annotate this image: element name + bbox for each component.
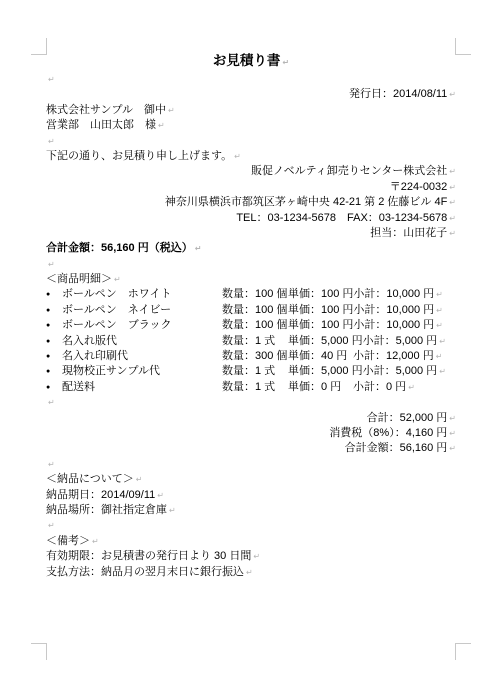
- item-name: 名入れ版代: [62, 334, 222, 349]
- blank-line: ↵: [46, 395, 456, 410]
- paragraph-mark-icon: ↵: [92, 537, 99, 546]
- issuer-postal-code: 〒224-0032: [390, 181, 448, 193]
- paragraph-mark-icon: ↵: [449, 183, 456, 192]
- text-boundary-mark-bottom-right: [455, 643, 471, 660]
- recipient-person: 営業部 山田太郎 様: [46, 119, 156, 131]
- item-unit-price: 単価：5,000 円: [288, 364, 363, 379]
- blank-line: ↵: [46, 257, 456, 272]
- paragraph-mark-icon: ↵: [282, 58, 289, 67]
- paragraph-mark-icon: ↵: [246, 568, 253, 577]
- paragraph-mark-icon: ↵: [253, 552, 260, 561]
- item-qty: 数量：100 個: [222, 318, 288, 333]
- item-name: 現物校正サンプル代: [62, 364, 222, 379]
- paragraph-mark-icon: ↵: [168, 106, 175, 115]
- items-heading: ＜商品明細＞: [46, 273, 112, 285]
- notes-validity: 有効期限：お見積書の発行日より 30 日間: [46, 550, 251, 562]
- paragraph-mark-icon: ↵: [439, 364, 446, 379]
- recipient-company-line: 株式会社サンプル 御中↵: [46, 103, 456, 118]
- document-page: お見積り書↵ ↵ 発行日：2014/08/11↵ 株式会社サンプル 御中↵ 営業…: [0, 0, 500, 700]
- paragraph-mark-icon: ↵: [449, 167, 456, 176]
- paragraph-mark-icon: ↵: [436, 303, 443, 318]
- item-subtotal: 小計：5,000 円: [363, 334, 438, 349]
- paragraph-mark-icon: ↵: [436, 318, 443, 333]
- issue-date-line: 発行日：2014/08/11↵: [46, 87, 456, 102]
- text-boundary-mark-top-left: [31, 38, 47, 55]
- bullet-icon: ●: [46, 349, 62, 364]
- totals-subtotal: 合計：52,000 円: [367, 412, 448, 424]
- item-name: ボールペン ホワイト: [62, 287, 222, 302]
- item-row: ●ボールペン ブラック数量：100 個単価：100 円小計：10,000 円↵: [46, 318, 456, 333]
- paragraph-mark-icon: ↵: [48, 521, 55, 530]
- bullet-icon: ●: [46, 287, 62, 302]
- item-unit-price: 単価：100 円: [288, 303, 353, 318]
- item-subtotal: 小計：0 円: [353, 380, 406, 395]
- item-subtotal: 小計：10,000 円: [353, 303, 434, 318]
- paragraph-mark-icon: ↵: [449, 214, 456, 223]
- item-name: 名入れ印刷代: [62, 349, 222, 364]
- item-name: 配送料: [62, 380, 222, 395]
- item-row: ●名入れ版代数量：1 式単価：5,000 円小計：5,000 円↵: [46, 334, 456, 349]
- item-subtotal: 小計：12,000 円: [353, 349, 434, 364]
- paragraph-mark-icon: ↵: [439, 334, 446, 349]
- item-row: ●ボールペン ネイビー数量：100 個単価：100 円小計：10,000 円↵: [46, 303, 456, 318]
- paragraph-mark-icon: ↵: [136, 475, 143, 484]
- item-name: ボールペン ネイビー: [62, 303, 222, 318]
- paragraph-mark-icon: ↵: [449, 229, 456, 238]
- issuer-tel-fax: TEL：03-1234-5678 FAX：03-1234-5678: [236, 212, 447, 224]
- notes-payment: 支払方法：納品月の翌月末日に銀行振込: [46, 566, 244, 578]
- blank-line: ↵: [46, 518, 456, 533]
- delivery-place-line: 納品場所：御社指定倉庫↵: [46, 503, 456, 518]
- delivery-due: 納品期日：2014/09/11: [46, 489, 155, 501]
- item-qty: 数量：100 個: [222, 303, 288, 318]
- totals-tax-line: 消費税（8%）：4,160 円↵: [46, 426, 456, 441]
- page-title: お見積り書: [213, 53, 281, 68]
- paragraph-mark-icon: ↵: [449, 198, 456, 207]
- issuer-address: 神奈川県横浜市都筑区茅ヶ崎中央 42-21 第 2 佐藤ビル 4F: [165, 196, 447, 208]
- paragraph-mark-icon: ↵: [48, 398, 55, 407]
- recipient-person-line: 営業部 山田太郎 様↵: [46, 118, 456, 133]
- notes-validity-line: 有効期限：お見積書の発行日より 30 日間↵: [46, 549, 456, 564]
- notes-heading-line: ＜備考＞↵: [46, 534, 456, 549]
- notes-payment-line: 支払方法：納品月の翌月末日に銀行振込↵: [46, 565, 456, 580]
- paragraph-mark-icon: ↵: [408, 380, 415, 395]
- items-heading-line: ＜商品明細＞↵: [46, 272, 456, 287]
- document-title-line: お見積り書↵: [46, 52, 456, 72]
- item-row: ●ボールペン ホワイト数量：100 個単価：100 円小計：10,000 円↵: [46, 287, 456, 302]
- paragraph-mark-icon: ↵: [169, 506, 176, 515]
- paragraph-mark-icon: ↵: [158, 121, 165, 130]
- issuer-contact: 担当：山田花子: [370, 227, 447, 239]
- notes-heading: ＜備考＞: [46, 535, 90, 547]
- item-unit-price: 単価：5,000 円: [288, 334, 363, 349]
- item-qty: 数量：1 式: [222, 334, 288, 349]
- paragraph-mark-icon: ↵: [449, 90, 456, 99]
- paragraph-mark-icon: ↵: [48, 75, 55, 84]
- issuer-postal-line: 〒224-0032↵: [46, 180, 456, 195]
- totals-tax: 消費税（8%）：4,160 円: [329, 427, 447, 439]
- paragraph-mark-icon: ↵: [436, 287, 443, 302]
- text-boundary-mark-bottom-left: [31, 643, 47, 660]
- paragraph-mark-icon: ↵: [48, 460, 55, 469]
- item-unit-price: 単価：0 円: [288, 380, 353, 395]
- item-row: ●名入れ印刷代数量：300 個単価：40 円小計：12,000 円↵: [46, 349, 456, 364]
- blank-line: ↵: [46, 72, 456, 87]
- total-headline: 合計金額：56,160 円（税込）: [46, 242, 193, 254]
- bullet-icon: ●: [46, 318, 62, 333]
- issuer-telfax-line: TEL：03-1234-5678 FAX：03-1234-5678↵: [46, 211, 456, 226]
- delivery-due-line: 納品期日：2014/09/11↵: [46, 488, 456, 503]
- paragraph-mark-icon: ↵: [234, 152, 241, 161]
- bullet-icon: ●: [46, 303, 62, 318]
- issue-date: 発行日：2014/08/11: [349, 88, 447, 100]
- blank-line: ↵: [46, 134, 456, 149]
- bullet-icon: ●: [46, 334, 62, 349]
- issuer-address-line: 神奈川県横浜市都筑区茅ヶ崎中央 42-21 第 2 佐藤ビル 4F↵: [46, 195, 456, 210]
- item-unit-price: 単価：100 円: [288, 318, 353, 333]
- item-unit-price: 単価：40 円: [288, 349, 353, 364]
- totals-grand-total-line: 合計金額：56,160 円↵: [46, 441, 456, 456]
- recipient-company: 株式会社サンプル 御中: [46, 104, 166, 116]
- paragraph-mark-icon: ↵: [48, 260, 55, 269]
- item-subtotal: 小計：10,000 円: [353, 287, 434, 302]
- item-qty: 数量：1 式: [222, 380, 288, 395]
- paragraph-mark-icon: ↵: [449, 429, 456, 438]
- delivery-place: 納品場所：御社指定倉庫: [46, 504, 167, 516]
- delivery-heading: ＜納品について＞: [46, 473, 134, 485]
- issuer-company: 販促ノベルティ卸売りセンター株式会社: [251, 165, 447, 177]
- item-qty: 数量：1 式: [222, 364, 288, 379]
- bullet-icon: ●: [46, 380, 62, 395]
- delivery-heading-line: ＜納品について＞↵: [46, 472, 456, 487]
- item-qty: 数量：100 個: [222, 287, 288, 302]
- issuer-company-line: 販促ノベルティ卸売りセンター株式会社↵: [46, 164, 456, 179]
- item-subtotal: 小計：10,000 円: [353, 318, 434, 333]
- item-qty: 数量：300 個: [222, 349, 288, 364]
- issuer-contact-line: 担当：山田花子↵: [46, 226, 456, 241]
- totals-subtotal-line: 合計：52,000 円↵: [46, 411, 456, 426]
- bullet-icon: ●: [46, 364, 62, 379]
- totals-grand-total: 合計金額：56,160 円: [345, 442, 448, 454]
- greeting-text: 下記の通り、お見積り申し上げます。: [46, 150, 232, 162]
- item-unit-price: 単価：100 円: [288, 287, 353, 302]
- item-subtotal: 小計：5,000 円: [363, 364, 438, 379]
- text-boundary-mark-top-right: [455, 38, 471, 55]
- total-headline-line: 合計金額：56,160 円（税込）↵: [46, 241, 456, 256]
- item-row: ●現物校正サンプル代数量：1 式単価：5,000 円小計：5,000 円↵: [46, 364, 456, 379]
- item-name: ボールペン ブラック: [62, 318, 222, 333]
- paragraph-mark-icon: ↵: [157, 491, 164, 500]
- greeting-line: 下記の通り、お見積り申し上げます。↵: [46, 149, 456, 164]
- blank-line: ↵: [46, 457, 456, 472]
- paragraph-mark-icon: ↵: [114, 275, 121, 284]
- paragraph-mark-icon: ↵: [436, 349, 443, 364]
- item-row: ●配送料数量：1 式単価：0 円小計：0 円↵: [46, 380, 456, 395]
- paragraph-mark-icon: ↵: [449, 444, 456, 453]
- paragraph-mark-icon: ↵: [195, 244, 202, 253]
- document-content: お見積り書↵ ↵ 発行日：2014/08/11↵ 株式会社サンプル 御中↵ 営業…: [46, 52, 456, 580]
- paragraph-mark-icon: ↵: [48, 137, 55, 146]
- paragraph-mark-icon: ↵: [449, 414, 456, 423]
